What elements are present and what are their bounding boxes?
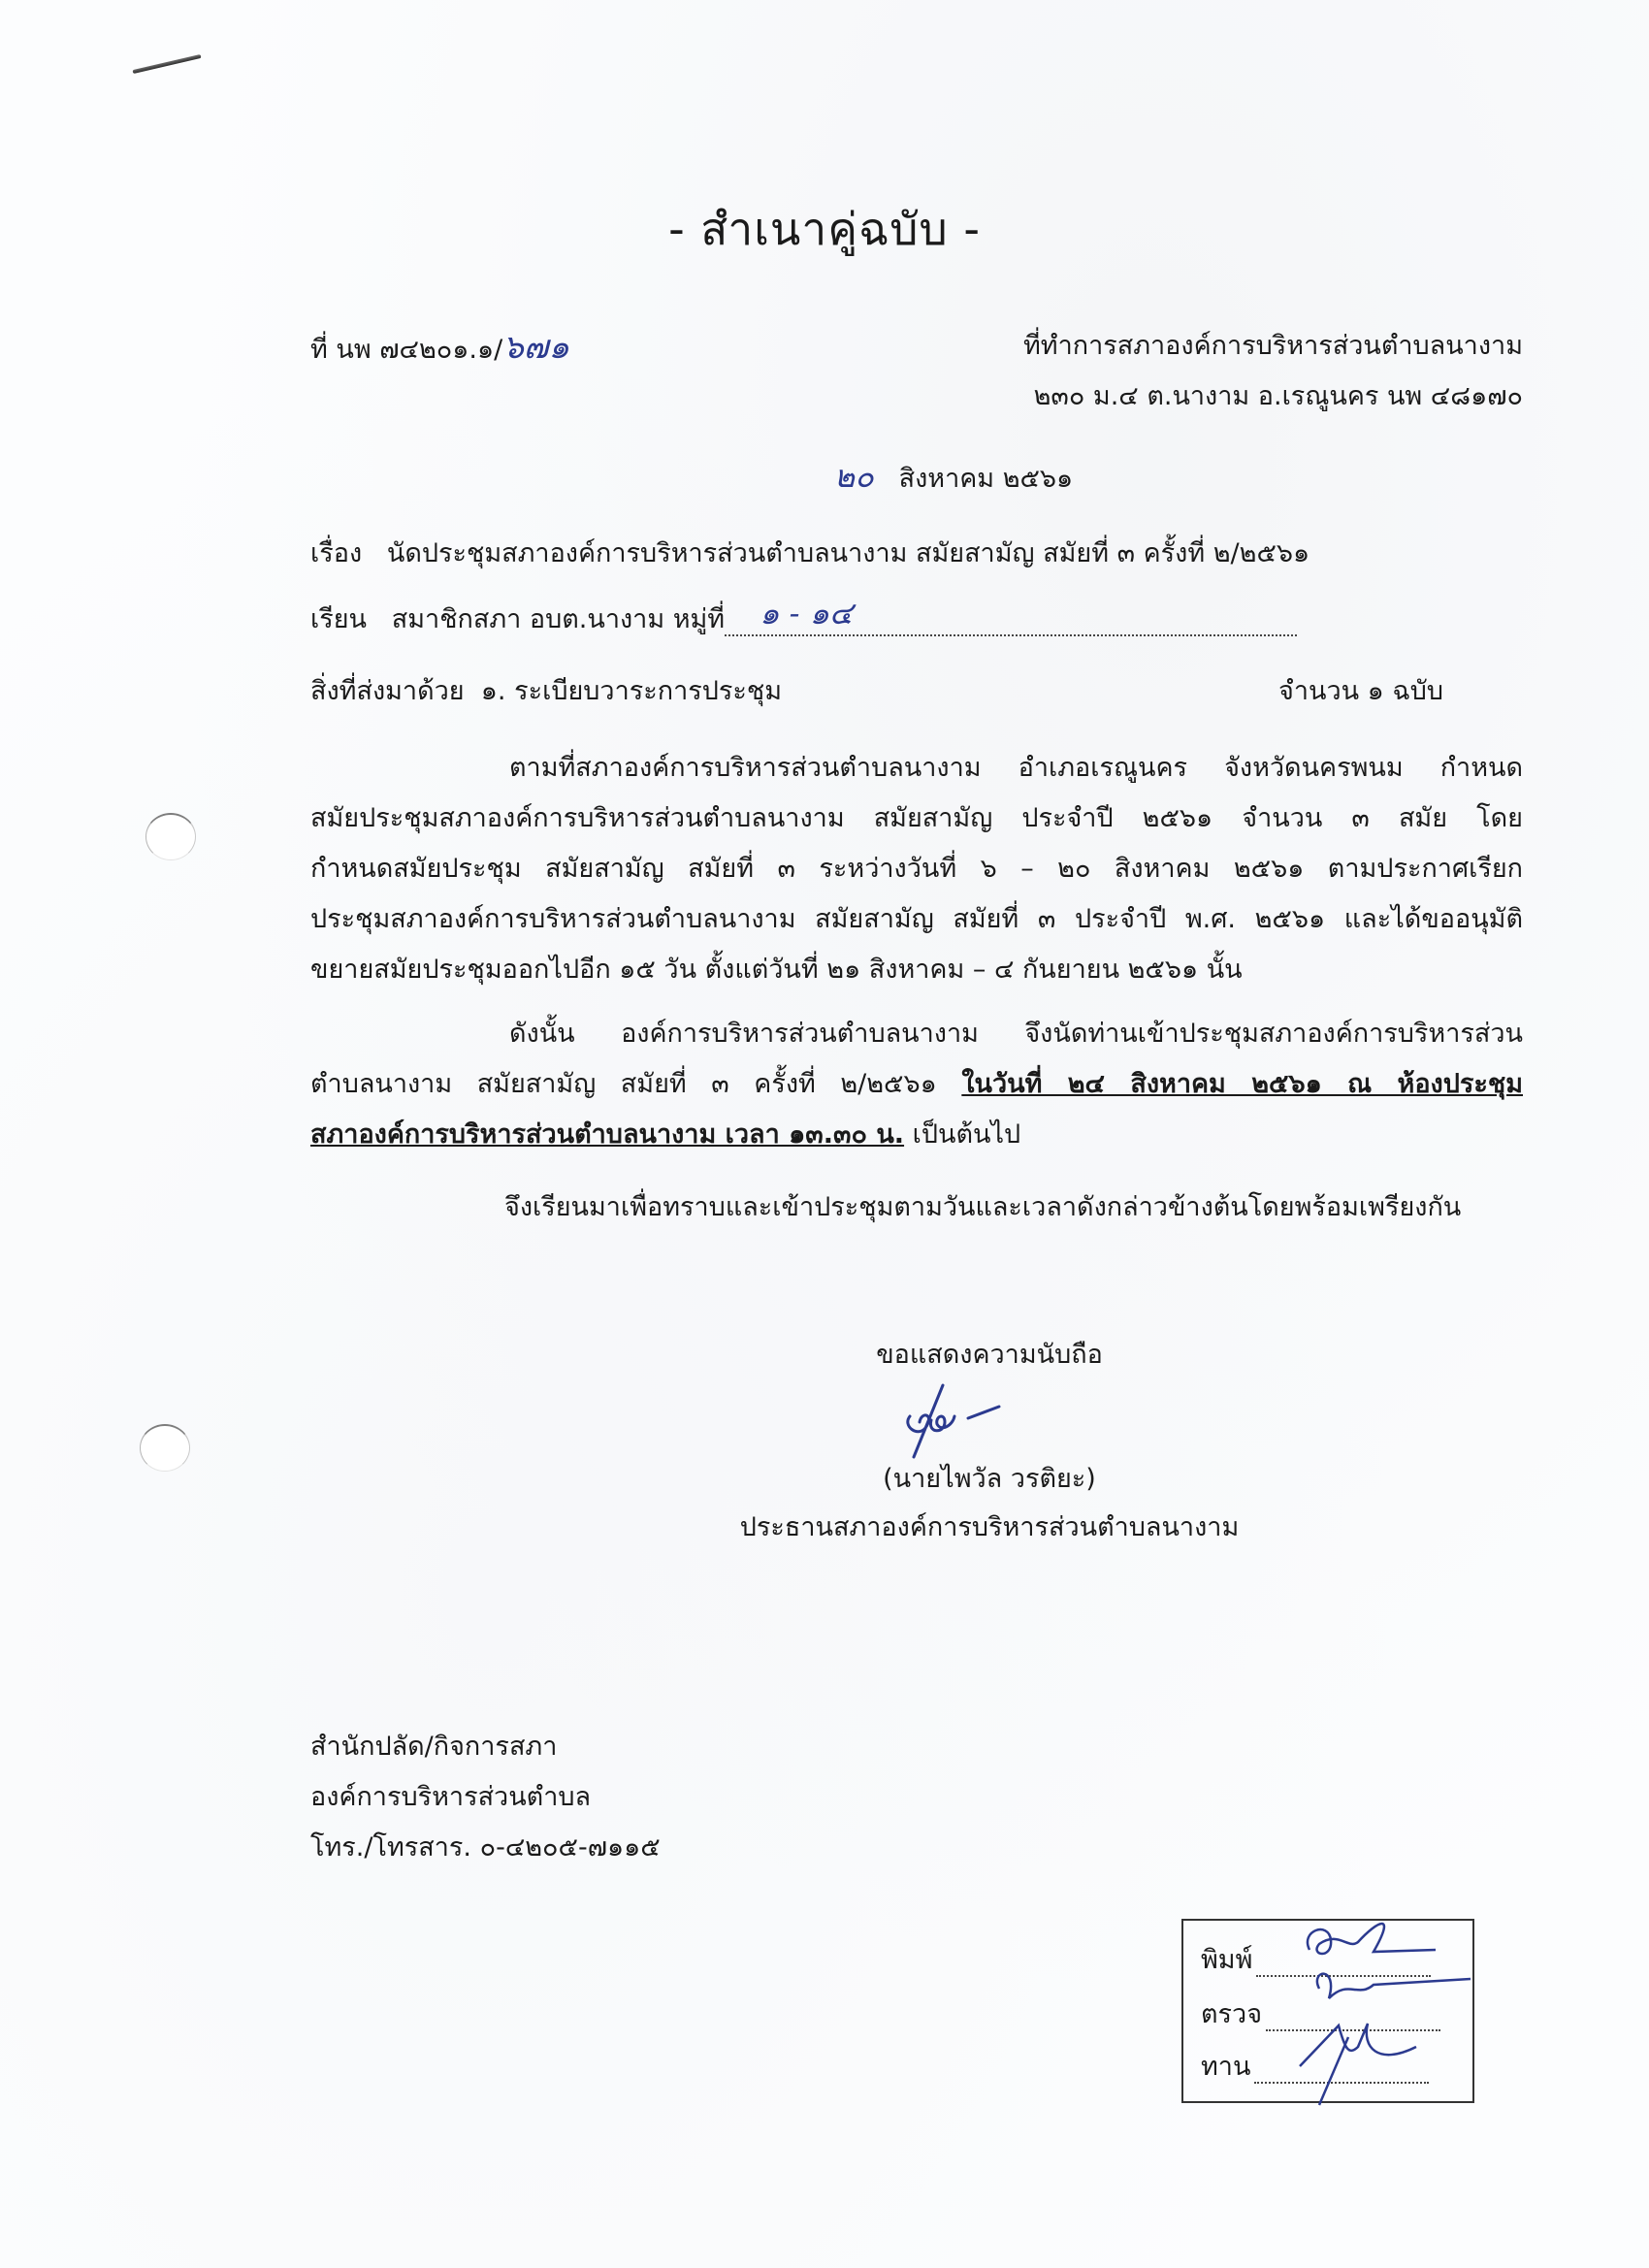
reference-number: ที่ นพ ๗๔๒๐๑.๑/๖๗๑ <box>310 320 569 373</box>
body-paragraph-1: ตามที่สภาองค์การบริหารส่วนตำบลนางาม อำเภ… <box>310 743 1523 995</box>
footer-organization: องค์การบริหารส่วนตำบล <box>310 1775 591 1817</box>
meeting-onward: เป็นต้นไป <box>904 1119 1020 1150</box>
recipient-text: สมาชิกสภา อบต.นางาม หมู่ที่ <box>392 604 725 634</box>
reference-number-handwritten: ๖๗๑ <box>502 328 569 367</box>
punch-hole-upper <box>145 813 196 860</box>
meeting-session: ตำบลนางาม สมัยสามัญ สมัยที่ ๓ ครั้งที่ ๒… <box>310 1069 961 1099</box>
salutation: ขอแสดงความนับถือ <box>679 1333 1300 1375</box>
signature-mark <box>892 1377 1048 1465</box>
paragraph-line: ตามที่สภาองค์การบริหารส่วนตำบลนางาม อำเภ… <box>310 743 1523 794</box>
body-paragraph-2: ดังนั้น องค์การบริหารส่วนตำบลนางาม จึงนั… <box>310 1009 1523 1160</box>
enclosure-count: จำนวน ๑ ฉบับ <box>1278 669 1443 711</box>
footer-phone: โทร./โทรสาร. ๐-๔๒๐๕-๗๑๑๕ <box>310 1826 661 1867</box>
paragraph-line: ดังนั้น องค์การบริหารส่วนตำบลนางาม จึงนั… <box>310 1009 1523 1059</box>
recipient-fill-line: ๑ - ๑๔ <box>725 604 1297 636</box>
punch-hole-lower <box>140 1424 190 1472</box>
stamp-label-typed: พิมพ์ <box>1201 1945 1252 1975</box>
document-title: - สำเนาคู่ฉบับ - <box>0 194 1649 265</box>
signatory-name: (นายไพวัล วรติยะ) <box>679 1457 1300 1499</box>
enclosure-label: สิ่งที่ส่งมาด้วย <box>310 676 465 706</box>
closing-request: จึงเรียนมาเพื่อทราบและเข้าประชุมตามวันแล… <box>504 1185 1461 1227</box>
recipient-handwritten: ๑ - ๑๔ <box>760 589 853 638</box>
document-page: - สำเนาคู่ฉบับ - ที่ นพ ๗๔๒๐๑.๑/๖๗๑ ที่ท… <box>0 0 1649 2268</box>
reference-number-printed: ที่ นพ ๗๔๒๐๑.๑/ <box>310 335 502 365</box>
meeting-date-emphasis: ในวันที่ ๒๔ สิงหาคม ๒๕๖๑ ณ ห้องประชุม <box>961 1069 1523 1099</box>
document-date: ๒๐สิงหาคม ๒๕๖๑ <box>834 452 1073 502</box>
office-name: ที่ทำการสภาองค์การบริหารส่วนตำบลนางาม <box>1023 324 1523 366</box>
stamp-label-proofed: ทาน <box>1201 2052 1250 2082</box>
initials-marks <box>1280 1901 1474 2115</box>
enclosure-line: สิ่งที่ส่งมาด้วย ๑. ระเบียบวาระการประชุม <box>310 669 782 711</box>
staple-mark <box>132 54 201 74</box>
paragraph-line: ขยายสมัยประชุมออกไปอีก ๑๕ วัน ตั้งแต่วัน… <box>310 945 1523 995</box>
office-address: ๒๓๐ ม.๔ ต.นางาม อ.เรณูนคร นพ ๔๘๑๗๐ <box>1034 374 1523 416</box>
subject-text: นัดประชุมสภาองค์การบริหารส่วนตำบลนางาม ส… <box>387 538 1309 568</box>
subject-label: เรื่อง <box>310 538 362 568</box>
recipient-label: เรียน <box>310 604 367 634</box>
paragraph-line: ประชุมสภาองค์การบริหารส่วนตำบลนางาม สมัย… <box>310 894 1523 945</box>
paragraph-line: กำหนดสมัยประชุม สมัยสามัญ สมัยที่ ๓ ระหว… <box>310 844 1523 894</box>
date-day-handwritten: ๒๐ <box>834 458 874 495</box>
paragraph-line: สภาองค์การบริหารส่วนตำบลนางาม เวลา ๑๓.๓๐… <box>310 1110 1523 1160</box>
enclosure-item: ๑. ระเบียบวาระการประชุม <box>481 676 782 706</box>
date-month-year: สิงหาคม ๒๕๖๑ <box>899 464 1074 494</box>
signatory-position: ประธานสภาองค์การบริหารส่วนตำบลนางาม <box>679 1506 1300 1547</box>
stamp-label-checked: ตรวจ <box>1201 1999 1262 2029</box>
meeting-place-time-emphasis: สภาองค์การบริหารส่วนตำบลนางาม เวลา ๑๓.๓๐… <box>310 1119 904 1150</box>
recipient-line: เรียน สมาชิกสภา อบต.นางาม หมู่ที่๑ - ๑๔ <box>310 598 1297 639</box>
review-stamp-box: พิมพ์ ตรวจ ทาน <box>1181 1919 1474 2103</box>
paragraph-line: ตำบลนางาม สมัยสามัญ สมัยที่ ๓ ครั้งที่ ๒… <box>310 1059 1523 1110</box>
subject-line: เรื่อง นัดประชุมสภาองค์การบริหารส่วนตำบล… <box>310 532 1309 573</box>
footer-department: สำนักปลัด/กิจการสภา <box>310 1725 557 1766</box>
paragraph-line: สมัยประชุมสภาองค์การบริหารส่วนตำบลนางาม … <box>310 794 1523 844</box>
